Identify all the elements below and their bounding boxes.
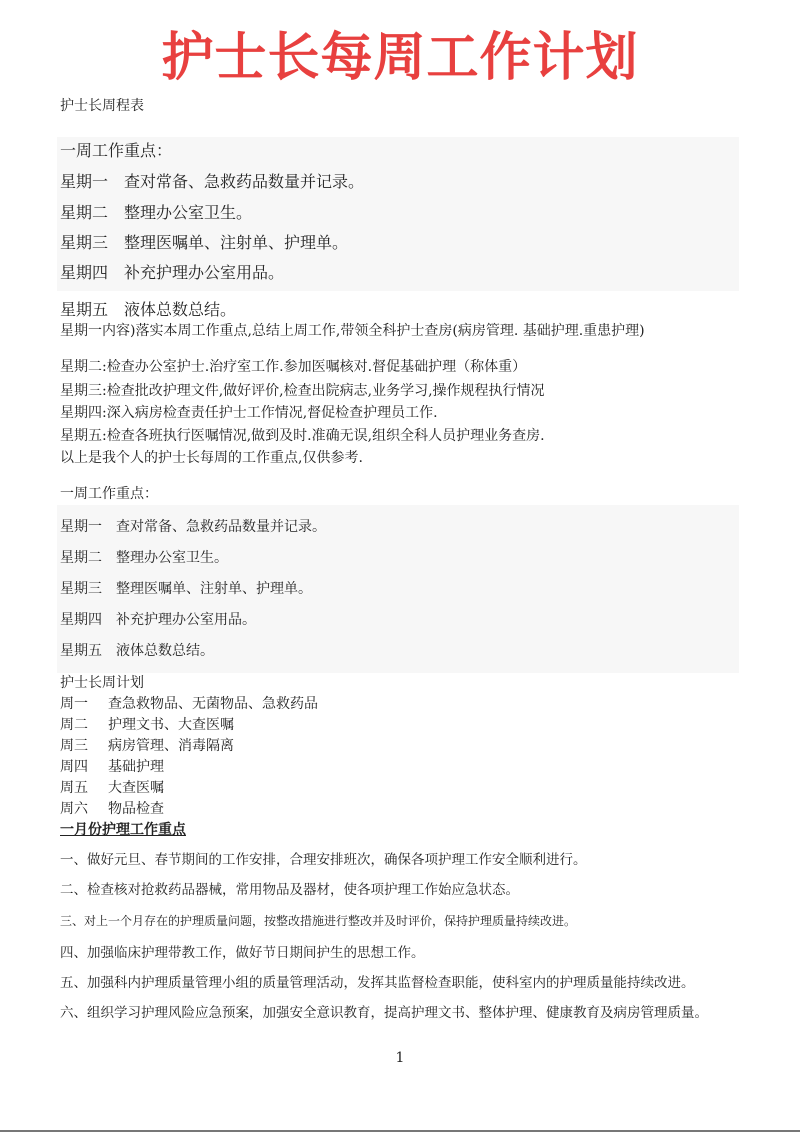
section2-line: 星期五:检查各班执行医嘱情况,做到及时.准确无误,组织全科人员护理业务查房. xyxy=(60,426,545,446)
section3-item: 星期三整理医嘱单、注射单、护理单。 xyxy=(60,579,312,599)
section5-item: 三、对上一个月存在的护理质量问题，按整改措施进行整改并及时评价，保持护理质量持续… xyxy=(60,911,576,931)
section3-item: 星期五液体总数总结。 xyxy=(60,641,214,661)
section5-heading: 一月份护理工作重点 xyxy=(60,820,186,840)
section2-line: 星期四:深入病房检查责任护士工作情况,督促检查护理员工作. xyxy=(60,403,438,423)
page-number: 1 xyxy=(0,1048,800,1068)
item-text: 整理办公室卫生。 xyxy=(116,550,228,566)
item-text: 基础护理 xyxy=(108,759,164,775)
day-label: 星期一 xyxy=(60,172,124,192)
item-text: 补充护理办公室用品。 xyxy=(116,612,256,628)
day-label: 星期四 xyxy=(60,263,124,283)
day-label: 星期二 xyxy=(60,203,124,223)
day-label: 周一 xyxy=(60,694,108,714)
day-label: 星期一 xyxy=(60,517,116,537)
item-text: 整理办公室卫生。 xyxy=(124,203,252,222)
section5-item: 五、加强科内护理质量管理小组的质量管理活动，发挥其监督检查职能，使科室内的护理质… xyxy=(60,973,695,993)
section2-line: 星期一内容)落实本周工作重点,总结上周工作,带领全科护士查房(病房管理. 基础护… xyxy=(60,321,645,341)
item-text: 查对常备、急救药品数量并记录。 xyxy=(116,519,326,535)
day-label: 周二 xyxy=(60,715,108,735)
section4-item: 周四基础护理 xyxy=(60,757,164,777)
day-label: 星期五 xyxy=(60,300,124,320)
section3-item: 星期二整理办公室卫生。 xyxy=(60,548,228,568)
section5-item: 一、做好元旦、春节期间的工作安排，合理安排班次，确保各项护理工作安全顺利进行。 xyxy=(60,850,587,870)
item-text: 病房管理、消毒隔离 xyxy=(108,738,234,754)
section5-item: 六、组织学习护理风险应急预案，加强安全意识教育，提高护理文书、整体护理、健康教育… xyxy=(60,1003,708,1023)
item-text: 护理文书、大查医嘱 xyxy=(108,717,234,733)
item-text: 液体总数总结。 xyxy=(116,643,214,659)
day-label: 星期五 xyxy=(60,641,116,661)
section5-item: 二、检查核对抢救药品器械，常用物品及器材，使各项护理工作始应急状态。 xyxy=(60,880,519,900)
section4-item: 周五大查医嘱 xyxy=(60,778,164,798)
document-subtitle: 护士长周程表 xyxy=(60,96,144,116)
document-title: 护士长每周工作计划 xyxy=(0,28,800,88)
day-label: 星期三 xyxy=(60,233,124,253)
section1-item: 星期三整理医嘱单、注射单、护理单。 xyxy=(60,233,348,253)
section1-item: 星期五液体总数总结。 xyxy=(60,300,236,320)
section1-item: 星期四补充护理办公室用品。 xyxy=(60,263,284,283)
section2-line: 星期二:检查办公室护士.治疗室工作.参加医嘱核对.督促基础护理（称体重） xyxy=(60,357,526,377)
section4-item: 周三病房管理、消毒隔离 xyxy=(60,736,234,756)
section1-item: 星期一查对常备、急救药品数量并记录。 xyxy=(60,172,364,192)
item-text: 整理医嘱单、注射单、护理单。 xyxy=(124,233,348,252)
section1-heading: 一周工作重点： xyxy=(60,141,172,161)
section4-item: 周六物品检查 xyxy=(60,799,164,819)
section4-heading: 护士长周计划 xyxy=(60,673,144,693)
item-text: 物品检查 xyxy=(108,801,164,817)
item-text: 补充护理办公室用品。 xyxy=(124,263,284,282)
day-label: 星期四 xyxy=(60,610,116,630)
day-label: 星期二 xyxy=(60,548,116,568)
day-label: 周六 xyxy=(60,799,108,819)
section3-item: 星期一查对常备、急救药品数量并记录。 xyxy=(60,517,326,537)
item-text: 整理医嘱单、注射单、护理单。 xyxy=(116,581,312,597)
item-text: 查急救物品、无菌物品、急救药品 xyxy=(108,696,318,712)
day-label: 周四 xyxy=(60,757,108,777)
section3-item: 星期四补充护理办公室用品。 xyxy=(60,610,256,630)
section2-line: 以上是我个人的护士长每周的工作重点,仅供参考. xyxy=(60,448,363,468)
section4-item: 周一查急救物品、无菌物品、急救药品 xyxy=(60,694,318,714)
item-text: 液体总数总结。 xyxy=(124,300,236,319)
section3-heading: 一周工作重点： xyxy=(60,484,158,504)
section1-item: 星期二整理办公室卫生。 xyxy=(60,203,252,223)
day-label: 星期三 xyxy=(60,579,116,599)
day-label: 周三 xyxy=(60,736,108,756)
day-label: 周五 xyxy=(60,778,108,798)
item-text: 大查医嘱 xyxy=(108,780,164,796)
section5-item: 四、加强临床护理带教工作，做好节日期间护生的思想工作。 xyxy=(60,943,425,963)
section2-line: 星期三:检查批改护理文件,做好评价,检查出院病志,业务学习,操作规程执行情况 xyxy=(60,381,545,401)
item-text: 查对常备、急救药品数量并记录。 xyxy=(124,172,364,191)
section4-item: 周二护理文书、大查医嘱 xyxy=(60,715,234,735)
